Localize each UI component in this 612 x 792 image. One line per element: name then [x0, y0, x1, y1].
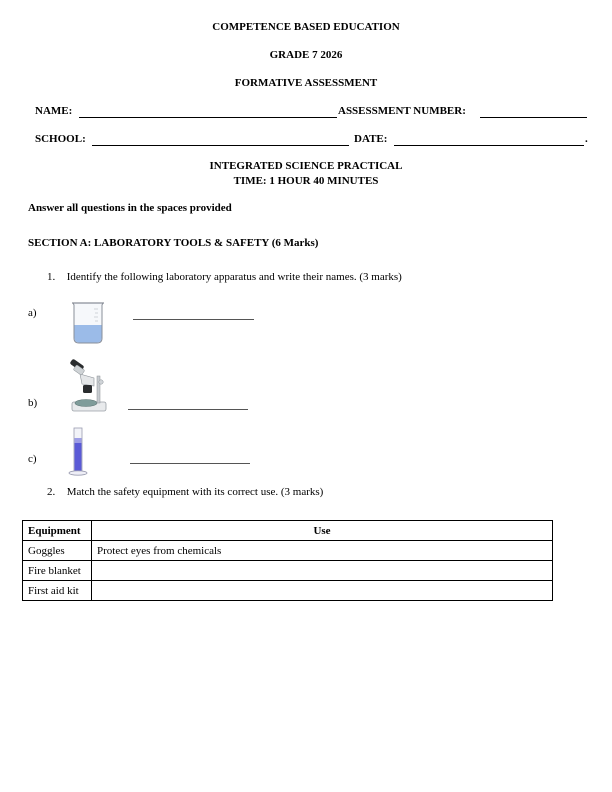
- school-label: SCHOOL:: [35, 133, 86, 145]
- table-row: First aid kit: [23, 581, 553, 601]
- question-1-number: 1.: [47, 271, 55, 283]
- equipment-cell: First aid kit: [23, 581, 92, 601]
- name-label: NAME:: [35, 105, 72, 117]
- item-c-answer-line[interactable]: [130, 463, 250, 464]
- equipment-cell: Fire blanket: [23, 561, 92, 581]
- use-cell[interactable]: [92, 581, 553, 601]
- safety-equipment-table: Equipment Use Goggles Protect eyes from …: [22, 520, 553, 601]
- school-field[interactable]: [92, 145, 349, 146]
- section-a-title: SECTION A: LABORATORY TOOLS & SAFETY (6 …: [28, 237, 318, 249]
- equipment-cell: Goggles: [23, 541, 92, 561]
- date-label: DATE:: [354, 133, 387, 145]
- instructions: Answer all questions in the spaces provi…: [28, 202, 232, 214]
- measuring-cylinder-icon: [68, 426, 92, 478]
- microscope-icon: [66, 358, 110, 416]
- grade-heading: GRADE 7 2026: [0, 49, 612, 61]
- column-header-use: Use: [92, 521, 553, 541]
- document-title: COMPETENCE BASED EDUCATION: [0, 21, 612, 33]
- date-field[interactable]: [394, 145, 584, 146]
- column-header-equipment: Equipment: [23, 521, 92, 541]
- name-field[interactable]: [79, 117, 337, 118]
- question-2: 2. Match the safety equipment with its c…: [47, 486, 323, 498]
- time-allowed: TIME: 1 HOUR 40 MINUTES: [0, 175, 612, 187]
- question-1: 1. Identify the following laboratory app…: [47, 271, 402, 283]
- table-row: Fire blanket: [23, 561, 553, 581]
- assessment-number-label: ASSESSMENT NUMBER:: [338, 105, 466, 117]
- assessment-number-field[interactable]: [480, 117, 587, 118]
- question-2-text: Match the safety equipment with its corr…: [67, 486, 324, 498]
- item-a-label: a): [28, 307, 37, 319]
- item-a-answer-line[interactable]: [133, 319, 254, 320]
- use-cell[interactable]: [92, 561, 553, 581]
- use-cell[interactable]: Protect eyes from chemicals: [92, 541, 553, 561]
- subject-title: INTEGRATED SCIENCE PRACTICAL: [0, 160, 612, 172]
- question-2-number: 2.: [47, 486, 55, 498]
- beaker-icon: [70, 300, 108, 346]
- item-c-label: c): [28, 453, 37, 465]
- question-1-text: Identify the following laboratory appara…: [67, 271, 402, 283]
- assessment-type-heading: FORMATIVE ASSESSMENT: [0, 77, 612, 89]
- table-row: Goggles Protect eyes from chemicals: [23, 541, 553, 561]
- table-header-row: Equipment Use: [23, 521, 553, 541]
- item-b-answer-line[interactable]: [128, 409, 248, 410]
- item-b-label: b): [28, 397, 37, 409]
- date-trailing-period: .: [585, 133, 588, 145]
